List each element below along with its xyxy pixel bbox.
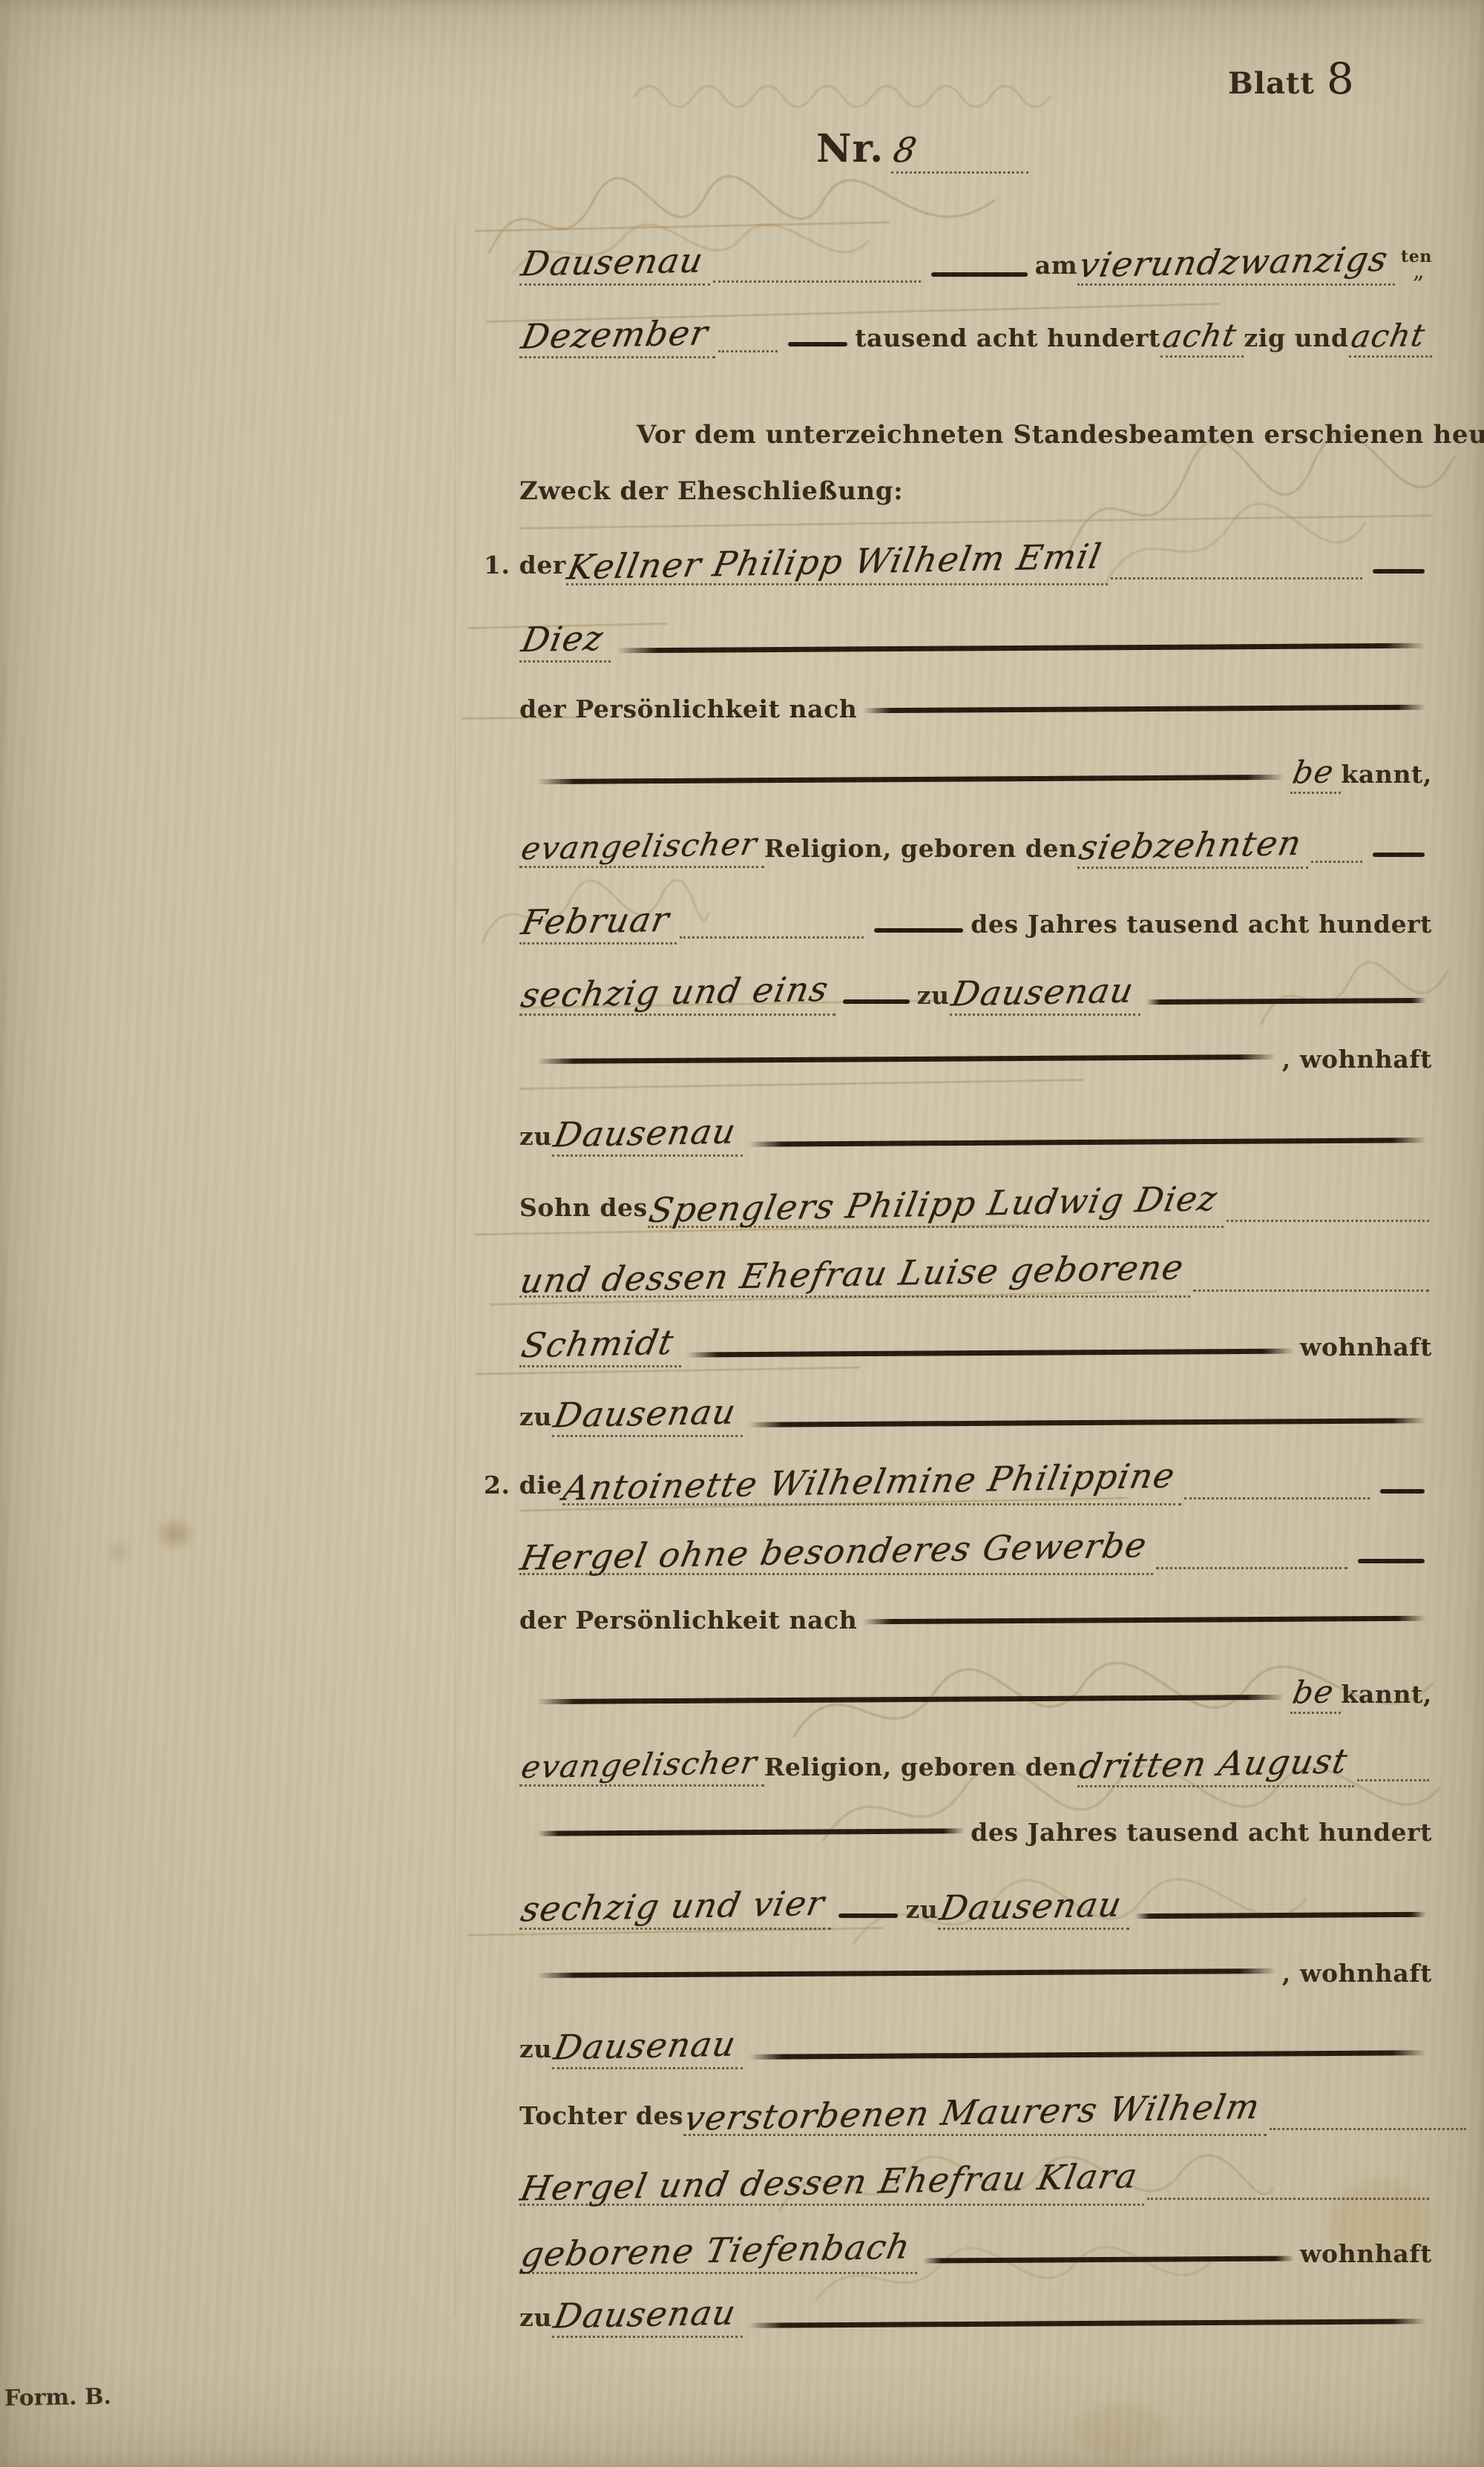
sheet-number: 8 <box>1327 53 1354 104</box>
sheet-label: Blatt <box>1228 66 1315 101</box>
zu-label: zu <box>519 1402 552 1431</box>
month-handwritten: Dezember <box>519 315 715 358</box>
bekannt-hw-prefix: be <box>1290 1674 1342 1714</box>
groom-mother-surname: Schmidt <box>519 1324 681 1367</box>
zu-label: zu <box>519 2303 552 2332</box>
dotted-leader <box>680 935 864 939</box>
ink-dash <box>874 928 963 933</box>
bride-surname-row: Hergel ohne besonderes Gewerbe <box>519 1531 1432 1575</box>
ink-fill-line <box>537 1828 965 1836</box>
groom-birth-month: Februar <box>519 901 677 945</box>
dotted-leader <box>713 279 920 283</box>
ink-stain <box>160 1522 190 1545</box>
groom-article: der <box>519 551 566 579</box>
groom-item-number: 1. <box>484 551 510 579</box>
ruled-guide-line <box>475 1366 861 1375</box>
groom-wohnhaft-row: , wohnhaft <box>531 1045 1432 1074</box>
groom-surname-row: Diez <box>519 619 1432 663</box>
groom-birth-day: siebzehnten <box>1077 825 1309 869</box>
intro-line-2: Zweck der Eheschließung: <box>519 476 903 506</box>
ink-dash <box>931 272 1028 277</box>
record-number-value: 8 <box>890 130 921 171</box>
dotted-leader <box>1193 1288 1430 1292</box>
bride-wohnhaft-row: , wohnhaft <box>531 1959 1432 1988</box>
bride-father-row: Tochter des verstorbenen Maurers Wilhelm <box>519 2092 1469 2136</box>
bekannt-printed: kannt, <box>1341 1680 1432 1709</box>
groom-religion: evangelischer <box>519 828 764 868</box>
groom-birth-year: sechzig und eins <box>519 972 835 1016</box>
bekannt-printed: kannt, <box>1341 760 1432 789</box>
daughter-of-label: Tochter des <box>519 2101 683 2130</box>
am-label: am <box>1035 251 1078 280</box>
bride-father-line2-row: Hergel und dessen Ehefrau Klara <box>519 2162 1432 2206</box>
ink-fill-line <box>1135 1912 1426 1919</box>
binding-crease <box>454 223 456 2315</box>
bride-birth-year-printed-row: des Jahres tausend acht hundert <box>531 1818 1432 1847</box>
groom-father-row: Sohn des Spenglers Philipp Ludwig Diez <box>519 1184 1432 1228</box>
year-tens-handwritten: acht <box>1160 318 1244 358</box>
groom-residence-row: zu Dausenau <box>519 1113 1432 1157</box>
ink-dash <box>1373 569 1425 574</box>
bride-parents-residence: Dausenau <box>552 2294 743 2338</box>
ink-fill-line <box>749 1418 1426 1428</box>
sheet-header: Blatt 8 <box>1228 53 1354 104</box>
ink-dash <box>838 1914 898 1918</box>
groom-father: Spenglers Philipp Ludwig Diez <box>648 1184 1224 1228</box>
ink-fill-line <box>537 1695 1284 1704</box>
groom-parents-residence-row: zu Dausenau <box>519 1393 1432 1437</box>
bride-identity-row: der Persönlichkeit nach <box>519 1606 1432 1635</box>
bride-surname-occupation: Hergel ohne besonderes Gewerbe <box>519 1531 1153 1575</box>
dotted-leader <box>1311 859 1362 863</box>
bride-birth-date: dritten August <box>1077 1744 1355 1787</box>
bride-father: verstorbenen Maurers Wilhelm <box>683 2092 1266 2136</box>
dotted-leader <box>718 349 778 352</box>
identity-label: der Persönlichkeit nach <box>519 694 857 723</box>
groom-residence: Dausenau <box>552 1113 743 1157</box>
bride-mother-row: geborene Tiefenbach wohnhaft <box>519 2230 1432 2274</box>
record-number-leader: 8 <box>891 130 1028 174</box>
zu-label: zu <box>917 981 950 1010</box>
wohnhaft-label: , wohnhaft <box>1282 1959 1432 1988</box>
groom-mother-surname-row: Schmidt wohnhaft <box>519 1324 1432 1367</box>
scanned-marriage-register-page: Blatt 8 Nr. 8 Dausenau am vierundzwanzig… <box>0 0 1484 2467</box>
ink-fill-line <box>687 1349 1294 1358</box>
son-of-label: Sohn des <box>519 1193 648 1222</box>
wohnhaft-label: wohnhaft <box>1300 1333 1432 1361</box>
day-suffix: ten „ <box>1401 247 1432 277</box>
zu-label: zu <box>519 1122 552 1151</box>
bride-names: Antoinette Wilhelmine Philippine <box>562 1462 1181 1505</box>
year-units-handwritten: acht <box>1349 318 1433 358</box>
groom-birth-year-printed: des Jahres tausend acht hundert <box>971 910 1432 939</box>
bleedthrough-ghost-writing <box>631 59 1091 126</box>
ink-dash <box>1358 1559 1425 1563</box>
bride-mother-maiden-name: geborene Tiefenbach <box>519 2230 917 2274</box>
groom-mother-row: und dessen Ehefrau Luise geborene <box>519 1254 1432 1298</box>
bride-birth-place: Dausenau <box>938 1886 1129 1930</box>
ink-fill-line <box>749 2050 1426 2060</box>
bride-item-number: 2. <box>484 1471 510 1499</box>
ink-fill-line <box>863 1616 1426 1625</box>
ink-fill-line <box>863 705 1426 714</box>
opening-month-year-row: Dezember tausend acht hundert acht zig u… <box>519 315 1432 358</box>
dotted-leader <box>1184 1496 1370 1499</box>
ink-fill-line <box>537 775 1284 784</box>
wohnhaft-label: , wohnhaft <box>1282 1045 1432 1074</box>
ink-fill-line <box>537 1968 1276 1978</box>
bride-birth-year: sechzig und vier <box>519 1886 831 1930</box>
zu-label: zu <box>519 2034 552 2063</box>
dotted-leader <box>1270 2126 1466 2130</box>
religion-printed: Religion, geboren den <box>764 834 1077 863</box>
ink-dash <box>1373 853 1425 857</box>
zu-label: zu <box>905 1895 938 1924</box>
bride-bekannt-row: be kannt, <box>531 1674 1432 1714</box>
groom-religion-birth-row: evangelischer Religion, geboren den sieb… <box>519 825 1432 869</box>
ruled-guide-line <box>519 1079 1083 1090</box>
groom-surname: Diez <box>519 619 611 663</box>
groom-birth-place: Dausenau <box>950 972 1140 1016</box>
groom-birth-year-place-row: sechzig und eins zu Dausenau <box>519 972 1432 1016</box>
bride-name-row: 2. die Antoinette Wilhelmine Philippine <box>484 1462 1432 1505</box>
record-number-header: Nr. 8 <box>816 126 1028 174</box>
day-handwritten: vierundzwanzigs <box>1077 242 1395 286</box>
registry-place: Dausenau <box>519 242 710 286</box>
bride-birth-year-place-row: sechzig und vier zu Dausenau <box>519 1886 1432 1930</box>
bride-residence: Dausenau <box>552 2026 743 2069</box>
groom-name-row: 1. der Kellner Philipp Wilhelm Emil <box>484 542 1432 585</box>
ink-fill-line <box>537 1054 1276 1064</box>
dotted-leader <box>1111 576 1362 579</box>
form-type-label: Form. B. <box>4 2384 111 2412</box>
dotted-leader <box>1357 1778 1429 1781</box>
intro-line-1: Vor dem unterzeichneten Standesbeamten e… <box>637 420 1484 450</box>
wohnhaft-label: wohnhaft <box>1300 2239 1432 2268</box>
ink-dash <box>1380 1489 1425 1494</box>
bride-parents-residence-row: zu Dausenau <box>519 2294 1432 2338</box>
zig-und-printed: zig und <box>1244 323 1348 352</box>
bride-religion-birth-row: evangelischer Religion, geboren den drit… <box>519 1744 1432 1787</box>
bride-residence-row: zu Dausenau <box>519 2026 1432 2069</box>
dotted-leader <box>1156 1566 1347 1569</box>
identity-label: der Persönlichkeit nach <box>519 1606 857 1635</box>
ink-dash <box>788 342 847 346</box>
bride-article: die <box>519 1471 562 1499</box>
groom-mother: und dessen Ehefrau Luise geborene <box>519 1254 1190 1298</box>
dotted-leader <box>1227 1218 1429 1222</box>
ink-fill-line <box>923 2256 1294 2263</box>
groom-birth-month-row: Februar des Jahres tausend acht hundert <box>519 901 1432 945</box>
ink-dash <box>843 999 910 1004</box>
opening-place-day-row: Dausenau am vierundzwanzigs ten „ <box>519 242 1432 289</box>
groom-names: Kellner Philipp Wilhelm Emil <box>566 542 1108 585</box>
ink-stain <box>1076 2404 1165 2456</box>
ruled-guide-line <box>519 514 1432 529</box>
religion-printed: Religion, geboren den <box>764 1752 1077 1781</box>
ink-fill-line <box>749 2319 1426 2328</box>
ink-stain <box>110 1545 128 1558</box>
record-number-label: Nr. <box>816 126 884 171</box>
tausend-printed: tausend acht hundert <box>855 323 1160 352</box>
dotted-leader <box>1147 2196 1429 2200</box>
ink-fill-line <box>749 1137 1426 1147</box>
ruled-guide-line <box>475 221 890 232</box>
bride-religion: evangelischer <box>519 1747 764 1787</box>
groom-identity-row: der Persönlichkeit nach <box>519 694 1432 723</box>
ink-fill-line <box>1146 998 1426 1005</box>
groom-bekannt-row: be kannt, <box>531 754 1432 794</box>
bekannt-hw-prefix: be <box>1290 754 1342 794</box>
bride-father-line2: Hergel und dessen Ehefrau Klara <box>519 2162 1144 2206</box>
groom-parents-residence: Dausenau <box>552 1393 743 1437</box>
bride-birth-year-printed: des Jahres tausend acht hundert <box>971 1818 1432 1847</box>
ink-fill-line <box>617 643 1426 654</box>
ditto-mark: „ <box>1401 266 1425 277</box>
